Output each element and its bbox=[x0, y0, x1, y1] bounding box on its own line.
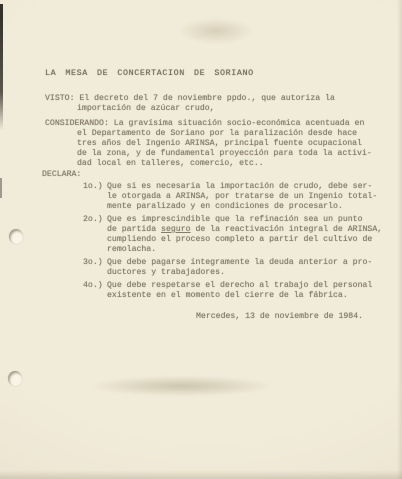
section-line: de la zona, y de fundamental proyección … bbox=[45, 149, 372, 159]
page-bottom-edge-shadow bbox=[0, 470, 402, 479]
section-visto: VISTO: El decreto del 7 de noviembre ppd… bbox=[45, 94, 335, 114]
punch-hole bbox=[9, 229, 23, 244]
item-line: cumpliendo el proceso completo a partir … bbox=[107, 235, 382, 245]
dateline: Mercedes, 13 de noviembre de 1984. bbox=[196, 312, 363, 322]
declara-item: 4o.)Que debe respetarse el derecho al tr… bbox=[83, 281, 382, 301]
section-considerando: CONSIDERANDO: La gravísima situación soc… bbox=[45, 119, 372, 169]
item-number: 2o.) bbox=[83, 215, 107, 255]
item-number: 1o.) bbox=[83, 182, 107, 212]
item-line: existente en el momento del cierre de la… bbox=[107, 291, 372, 301]
item-line: de partida seguro de la reactivación int… bbox=[107, 225, 382, 235]
item-line: remolacha. bbox=[107, 245, 382, 255]
item-line: Que es imprescindible que la refinación … bbox=[107, 215, 382, 225]
page-left-edge-shadow bbox=[0, 4, 3, 130]
section-line: VISTO: El decreto del 7 de noviembre ppd… bbox=[45, 94, 335, 104]
item-line: Que debe pagarse íntegramente la deuda a… bbox=[107, 258, 372, 268]
section-label: CONSIDERANDO: bbox=[45, 119, 114, 128]
section-label: VISTO: bbox=[45, 94, 79, 103]
scan-smudge-band bbox=[92, 376, 272, 396]
declara-item: 1o.)Que si es necesaria la importación d… bbox=[83, 182, 382, 212]
punch-hole bbox=[8, 371, 22, 386]
scanned-document-page: LA MESA DE CONCERTACION DE SORIANO VISTO… bbox=[0, 0, 402, 479]
section-line: dad local en talleres, comercio, etc.. bbox=[45, 159, 372, 169]
declara-items: 1o.)Que si es necesaria la importación d… bbox=[83, 182, 382, 304]
item-line: Que si es necesaria la importación de cr… bbox=[107, 182, 377, 192]
page-left-edge-mark bbox=[0, 178, 2, 198]
section-line: el Departamento de Soriano por la parali… bbox=[45, 129, 372, 139]
section-line: CONSIDERANDO: La gravísima situación soc… bbox=[45, 119, 372, 129]
declara-item: 3o.)Que debe pagarse íntegramente la deu… bbox=[83, 258, 382, 278]
item-line: le otorgada a ARINSA, por tratarse de un… bbox=[107, 192, 377, 202]
section-line: importación de azúcar crudo, bbox=[45, 104, 335, 114]
item-number: 3o.) bbox=[83, 258, 107, 278]
declara-heading: DECLARA: bbox=[42, 170, 81, 180]
item-line: mente paralizado y en condiciones de pro… bbox=[107, 202, 377, 212]
paper-stain bbox=[178, 18, 254, 44]
item-line: ductores y trabajadores. bbox=[107, 268, 372, 278]
declara-item: 2o.)Que es imprescindible que la refinac… bbox=[83, 215, 382, 255]
item-number: 4o.) bbox=[83, 281, 107, 301]
item-line: Que debe respetarse el derecho al trabaj… bbox=[107, 281, 372, 291]
section-line: tres años del Ingenio ARINSA, principal … bbox=[45, 139, 372, 149]
document-title: LA MESA DE CONCERTACION DE SORIANO bbox=[45, 68, 254, 78]
page-right-edge-shadow bbox=[397, 0, 402, 479]
